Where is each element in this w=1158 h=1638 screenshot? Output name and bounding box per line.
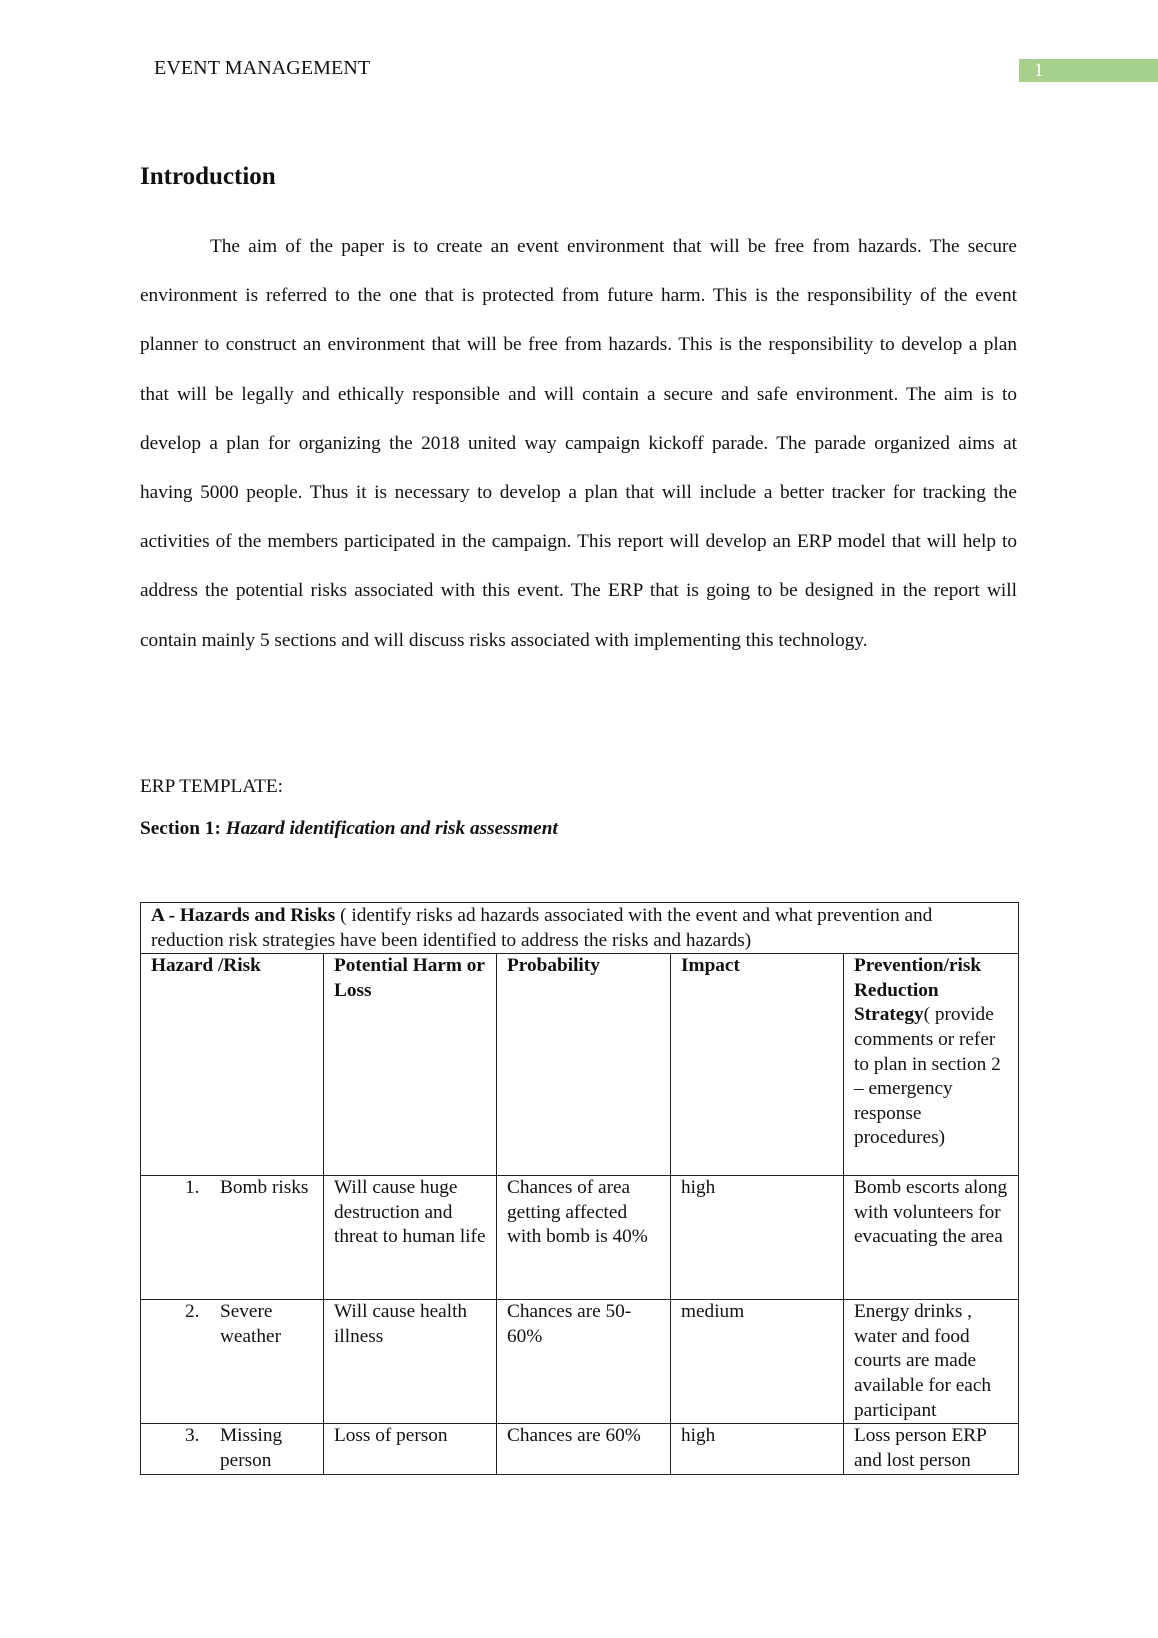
hazard-name: Bomb risks <box>220 1176 308 1201</box>
intro-paragraph: The aim of the paper is to create an eve… <box>140 222 1017 665</box>
harm-cell: Loss of person <box>324 1424 497 1475</box>
section-title: Hazard identification and risk assessmen… <box>226 818 558 839</box>
running-head: EVENT MANAGEMENT <box>154 57 370 80</box>
hazard-cell: 2.Severe weather <box>141 1300 324 1424</box>
page-number-badge: 1 <box>1019 59 1158 82</box>
harm-cell: Will cause health illness <box>324 1300 497 1424</box>
header-impact: Impact <box>671 954 844 1176</box>
impact-cell: high <box>671 1176 844 1300</box>
strategy-cell: Energy drinks , water and food courts ar… <box>844 1300 1019 1424</box>
caption-bold: A - Hazards and Risks <box>151 905 335 926</box>
section-heading: Section 1: Hazard identification and ris… <box>140 818 558 840</box>
probability-cell: Chances are 50-60% <box>497 1300 671 1424</box>
section-prefix: Section 1: <box>140 818 221 839</box>
hazard-cell: 3.Missing person <box>141 1424 324 1475</box>
table-row: 3.Missing person Loss of person Chances … <box>141 1424 1019 1475</box>
table-row: 2.Severe weather Will cause health illne… <box>141 1300 1019 1424</box>
strategy-cell: Loss person ERP and lost person <box>844 1424 1019 1475</box>
erp-template-label: ERP TEMPLATE: <box>140 776 283 798</box>
intro-heading: Introduction <box>140 163 276 191</box>
hazard-cell: 1.Bomb risks <box>141 1176 324 1300</box>
header-strategy: Prevention/risk Reduction Strategy( prov… <box>844 954 1019 1176</box>
table-caption: A - Hazards and Risks ( identify risks a… <box>141 903 1019 954</box>
probability-cell: Chances of area getting affected with bo… <box>497 1176 671 1300</box>
row-number: 2. <box>185 1300 220 1349</box>
row-number: 3. <box>185 1424 220 1473</box>
header-harm: Potential Harm or Loss <box>324 954 497 1176</box>
table-row: 1.Bomb risks Will cause huge destruction… <box>141 1176 1019 1300</box>
table-header-row: Hazard /Risk Potential Harm or Loss Prob… <box>141 954 1019 1176</box>
row-number: 1. <box>185 1176 220 1201</box>
header-strategy-note: ( provide comments or refer to plan in s… <box>854 1004 1001 1148</box>
impact-cell: high <box>671 1424 844 1475</box>
hazard-name: Severe weather <box>220 1300 313 1349</box>
harm-cell: Will cause huge destruction and threat t… <box>324 1176 497 1300</box>
impact-cell: medium <box>671 1300 844 1424</box>
header-hazard: Hazard /Risk <box>141 954 324 1176</box>
probability-cell: Chances are 60% <box>497 1424 671 1475</box>
hazards-risks-table: A - Hazards and Risks ( identify risks a… <box>140 902 1019 1475</box>
header-probability: Probability <box>497 954 671 1176</box>
hazard-name: Missing person <box>220 1424 313 1473</box>
table-caption-row: A - Hazards and Risks ( identify risks a… <box>141 903 1019 954</box>
strategy-cell: Bomb escorts along with volunteers for e… <box>844 1176 1019 1300</box>
